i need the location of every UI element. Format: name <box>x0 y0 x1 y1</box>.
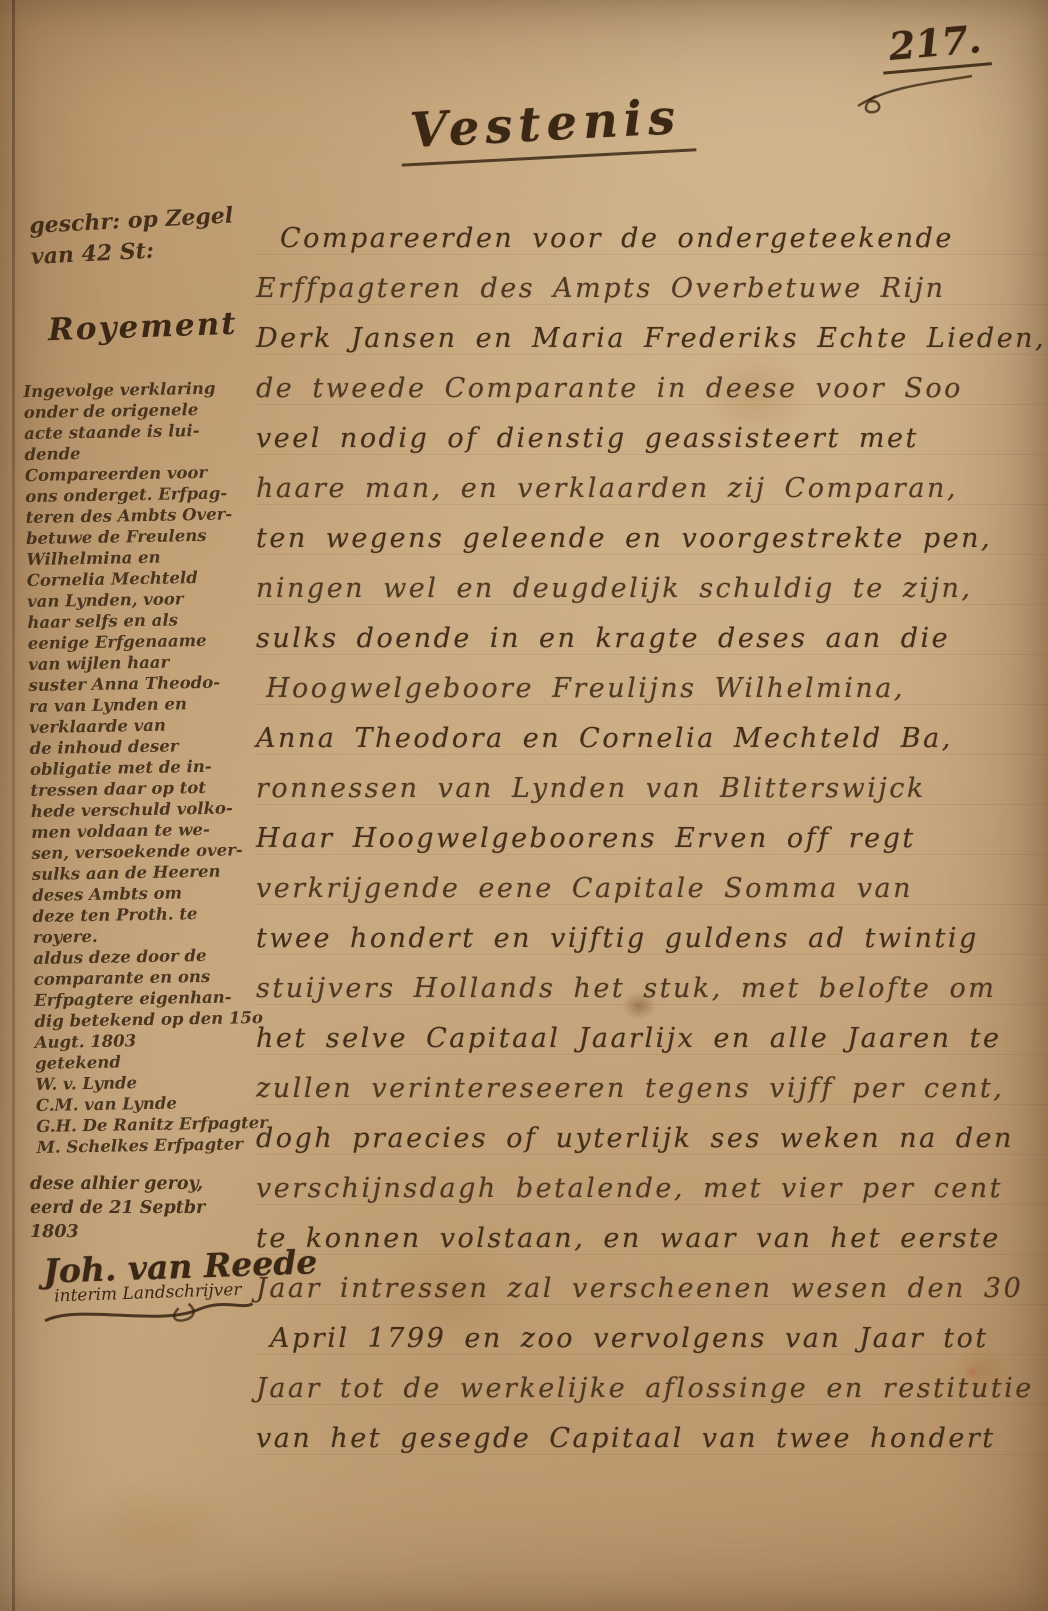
deed-text-line: het selve Capitaal Jaarlijx en alle Jaar… <box>256 1014 1048 1064</box>
paper-stain <box>60 1480 240 1580</box>
deed-text-line: zullen verintereseeren tegens vijff per … <box>256 1064 1048 1114</box>
deed-text-line: Compareerden voor de ondergeteekende <box>256 214 1048 264</box>
deed-text-line: haare man, en verklaarden zij Comparan, <box>256 464 1048 514</box>
flourish-icon <box>848 68 978 118</box>
deed-text-line: April 1799 en zoo vervolgens van Jaar to… <box>256 1314 1048 1364</box>
royement-annotation: Ingevolge verklaringonder de origeneleac… <box>23 377 269 1158</box>
deed-text-line: stuijvers Hollands het stuk, met belofte… <box>256 964 1048 1014</box>
deed-text-line: ronnessen van Lynden van Blitterswijck <box>256 764 1048 814</box>
deed-text-line: sulks doende in en kragte deses aan die <box>256 614 1048 664</box>
margin-note-line: sen, versoekende over- <box>31 839 263 864</box>
margin-note-line: teren des Ambts Over- <box>25 503 257 528</box>
deed-text-line: Jaar tot de werkelijke aflossinge en res… <box>256 1364 1048 1414</box>
deed-text-line: te konnen volstaan, en waar van het eers… <box>256 1214 1048 1264</box>
deed-text-line: Derk Jansen en Maria Frederiks Echte Lie… <box>256 314 1048 364</box>
page-gutter-edge <box>12 0 15 1611</box>
royement-heading: Royement <box>47 306 238 349</box>
margin-note-line: M. Schelkes Erfpagter <box>36 1133 268 1158</box>
deed-text-line: van het gesegde Capitaal van twee honder… <box>256 1414 1048 1464</box>
deed-text-line: verkrijgende eene Capitale Somma van <box>256 864 1048 914</box>
deed-text-line: Jaar intressen zal verscheenen wesen den… <box>256 1264 1048 1314</box>
document-title: Vestenis <box>399 88 697 166</box>
deed-text-line: ningen wel en deugdelijk schuldig te zij… <box>256 564 1048 614</box>
deed-body-text: Compareerden voor de ondergeteekendeErff… <box>256 214 1048 1464</box>
margin-note-line: dig betekend op den 15o <box>34 1007 266 1032</box>
deed-text-line: Erffpagteren des Ampts Overbetuwe Rijn <box>256 264 1048 314</box>
royement-note-line: eerd de 21 Septbr <box>30 1196 262 1220</box>
deed-text-line: veel nodig of dienstig geassisteert met <box>256 414 1048 464</box>
deed-text-line: Haar Hoogwelgeboorens Erven off regt <box>256 814 1048 864</box>
deed-text-line: Anna Theodora en Cornelia Mechteld Ba, <box>256 714 1048 764</box>
manuscript-page: 217. Vestenis geschr: op Zegelvan 42 St:… <box>0 0 1048 1611</box>
margin-note-line: hede verschuld volko- <box>31 797 263 822</box>
royement-note-line: 1803 <box>30 1220 262 1244</box>
deed-text-line: dogh praecies of uyterlijk ses weken na … <box>256 1114 1048 1164</box>
stamp-duty-note: geschr: op Zegelvan 42 St: <box>29 199 264 273</box>
deed-text-line: Hoogwelgeboore Freulijns Wilhelmina, <box>256 664 1048 714</box>
deed-text-line: de tweede Comparante in deese voor Soo <box>256 364 1048 414</box>
margin-column: geschr: op Zegelvan 42 St: Royement Inge… <box>30 205 262 1331</box>
deed-text-line: ten wegens geleende en voorgestrekte pen… <box>256 514 1048 564</box>
page-number: 217. <box>879 15 992 74</box>
royement-note-line: dese alhier geroy, <box>30 1172 262 1196</box>
deed-text-line: verschijnsdagh betalende, met vier per c… <box>256 1164 1048 1214</box>
clerk-signature-block: Joh. van Reede interim Landschrijver <box>43 1244 264 1335</box>
deed-text-line: twee hondert en vijftig guldens ad twint… <box>256 914 1048 964</box>
royement-date-note: dese alhier geroy,eerd de 21 Septbr1803 <box>30 1172 262 1244</box>
